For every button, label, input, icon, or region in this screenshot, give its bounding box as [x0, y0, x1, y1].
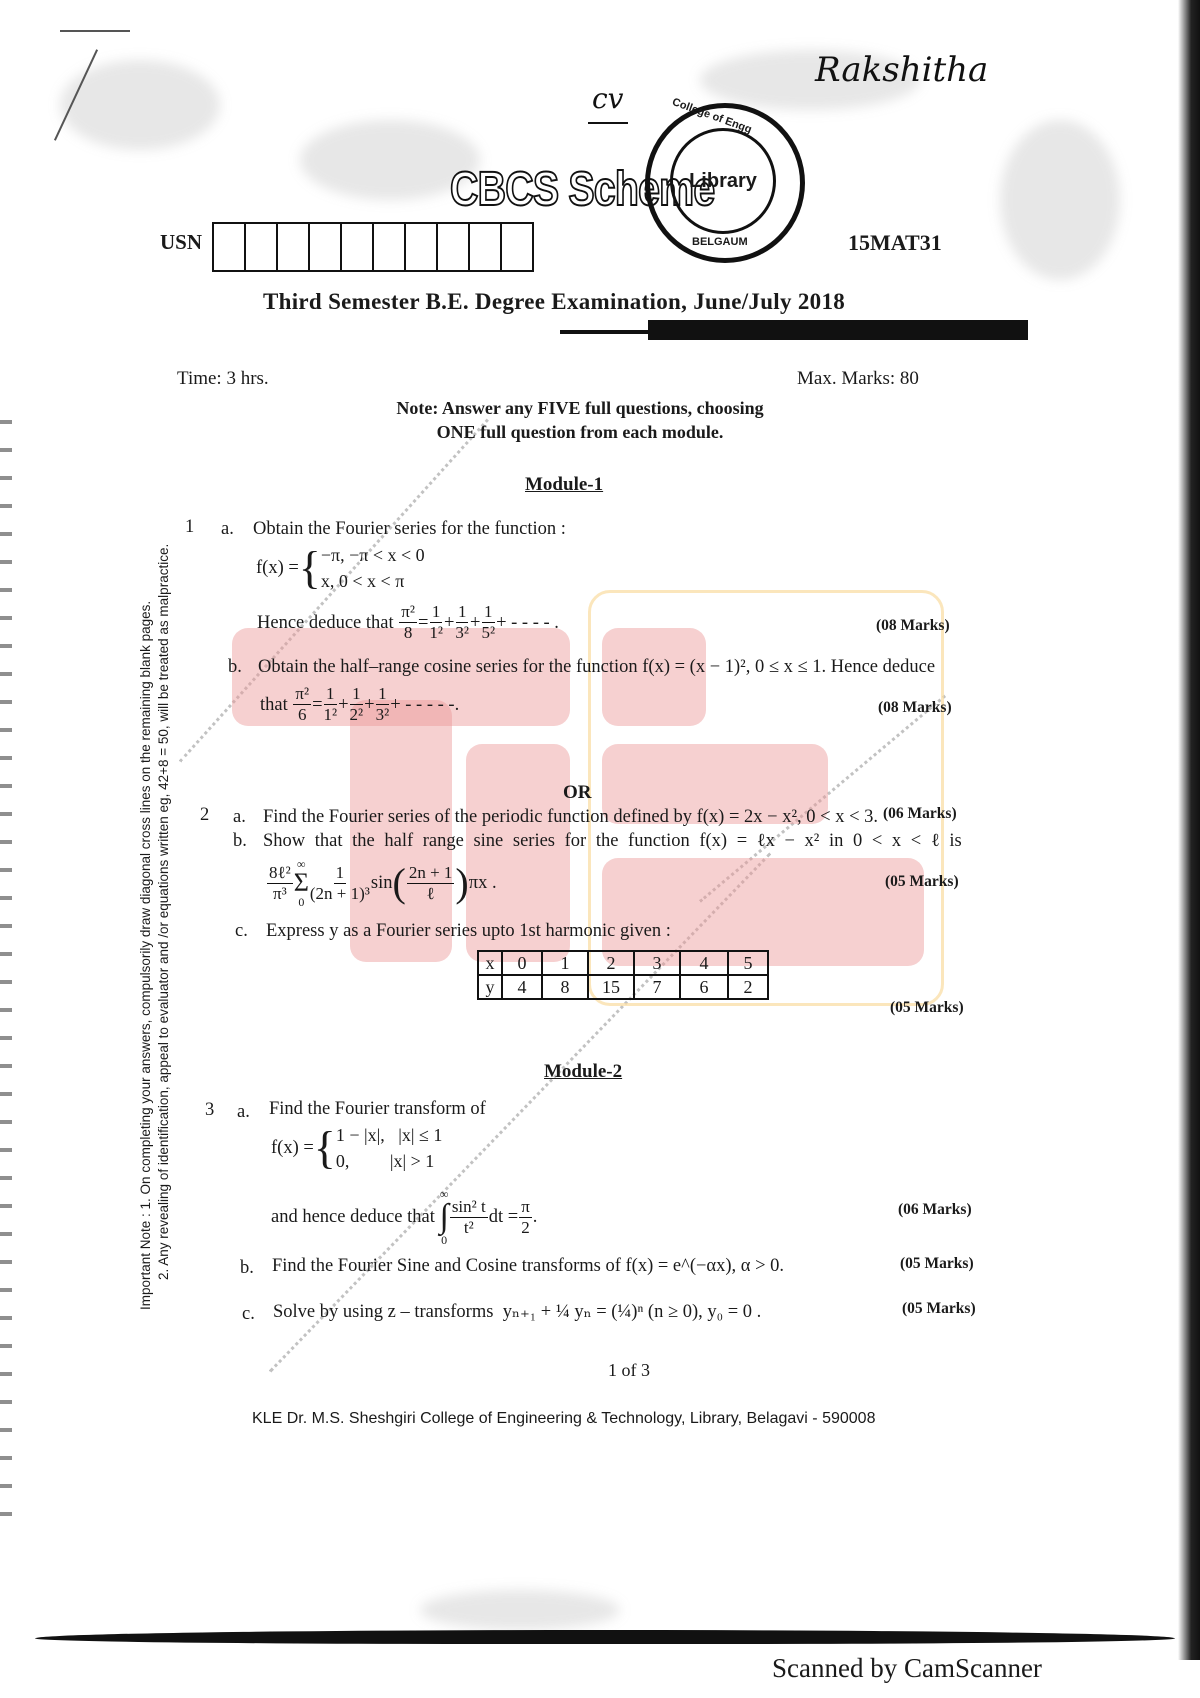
scan-smudge: [420, 1590, 620, 1630]
handwritten-underline: [588, 122, 628, 124]
fraction: 11²: [429, 602, 443, 643]
question-number: 3: [205, 1100, 214, 1121]
header-rule: [648, 320, 1028, 340]
library-stamp: Library College of Engg BELGAUM: [645, 103, 805, 263]
usn-box[interactable]: [502, 224, 532, 270]
part-label: b.: [228, 655, 242, 679]
question-number: 1: [185, 517, 194, 538]
max-marks: Max. Marks: 80: [797, 368, 919, 390]
question-2a-text: Find the Fourier series of the periodic …: [263, 805, 878, 829]
brace-symbol: {: [314, 1125, 336, 1171]
fraction: π2: [519, 1197, 532, 1238]
fraction: 11²: [324, 684, 338, 725]
usn-box[interactable]: [214, 224, 246, 270]
header-rule: [560, 330, 650, 334]
usn-box[interactable]: [310, 224, 342, 270]
exam-time: Time: 3 hrs.: [177, 368, 269, 390]
page-number: 1 of 3: [608, 1360, 650, 1381]
part-label: a.: [221, 517, 234, 541]
fraction: π²6: [293, 684, 311, 725]
side-note-line-2: 2. Any revealing of identification, appe…: [156, 544, 171, 1280]
fraction: 15²: [481, 602, 495, 643]
question-3a-function: f(x) = { 1 − |x|, |x| ≤ 1 0, |x| > 1: [271, 1122, 442, 1174]
deduce-prefix: Hence deduce that: [257, 611, 394, 635]
usn-box[interactable]: [374, 224, 406, 270]
module-2-title: Module-2: [544, 1061, 622, 1083]
fx-label: f(x) =: [256, 556, 299, 580]
exam-instructions: Note: Answer any FIVE full questions, ch…: [380, 396, 780, 444]
module-1-title: Module-1: [525, 474, 603, 496]
integral: ∞ ∫ 0: [439, 1188, 448, 1246]
question-1a-function: f(x) = { −π, −π < x < 0 x, 0 < x < π: [256, 542, 425, 594]
scan-smudge: [1000, 120, 1120, 280]
marks-2c: (05 Marks): [890, 999, 964, 1017]
brace-symbol: {: [299, 545, 321, 591]
table-row-y: y 4 8 15 7 6 2: [478, 975, 768, 999]
part-label: b.: [240, 1256, 254, 1280]
question-2b-text: Show that the half range sine series for…: [263, 829, 963, 853]
series-tail: + - - - - .: [496, 611, 559, 635]
marks-3c: (05 Marks): [902, 1300, 976, 1318]
xy-data-table: x 0 1 2 3 4 5 y 4 8 15 7 6 2: [477, 950, 769, 1000]
scan-crease: [60, 30, 130, 32]
handwritten-name: Rakshitha: [815, 50, 988, 90]
deduce-prefix: and hence deduce that: [271, 1205, 435, 1229]
question-3c-text: Solve by using z – transforms yₙ₊₁ + ¼ y…: [273, 1300, 761, 1324]
marks-2b: (05 Marks): [885, 873, 959, 891]
subject-code: 15MAT31: [848, 230, 942, 256]
usn-box[interactable]: [342, 224, 374, 270]
stamp-center: Library: [670, 128, 776, 234]
question-2c-text: Express y as a Fourier series upto 1st h…: [266, 919, 671, 943]
question-number: 2: [200, 805, 209, 826]
case-1: −π, −π < x < 0: [321, 542, 425, 568]
piecewise-cases: 1 − |x|, |x| ≤ 1 0, |x| > 1: [336, 1122, 442, 1174]
fraction: 12²: [350, 684, 364, 725]
note-line-2: ONE full question from each module.: [380, 420, 780, 444]
institution-footer: KLE Dr. M.S. Sheshgiri College of Engine…: [252, 1410, 875, 1428]
question-1b-deduce: that π²6= 11²+ 12²+ 13² + - - - - -.: [260, 684, 459, 725]
marks-3a: (06 Marks): [898, 1201, 972, 1219]
fraction: 8ℓ²π³: [267, 863, 293, 904]
usn-box[interactable]: [246, 224, 278, 270]
usn-box[interactable]: [438, 224, 470, 270]
question-3a-text: Find the Fourier transform of: [269, 1097, 486, 1121]
handwritten-mark: cv: [592, 82, 624, 115]
recurrence-equation: yₙ₊₁ + ¼ yₙ = (¼)ⁿ (n ≥ 0), y₀ = 0 .: [503, 1302, 762, 1322]
part-label: a.: [237, 1100, 250, 1124]
summation: ∞ Σ 0: [294, 858, 309, 908]
case-2: x, 0 < x < π: [321, 568, 425, 594]
side-note-line-1: Important Note : 1. On completing your a…: [138, 601, 153, 1310]
series-tail: + - - - - -.: [390, 693, 459, 717]
fraction: 1(2n + 1)³: [310, 863, 370, 904]
usn-input-boxes[interactable]: [212, 222, 534, 272]
exam-title: Third Semester B.E. Degree Examination, …: [263, 289, 845, 315]
marks-1a: (08 Marks): [876, 617, 950, 635]
scan-edge-left: [0, 420, 12, 1520]
fx-label: f(x) =: [271, 1136, 314, 1160]
stamp-ring-bottom: BELGAUM: [692, 236, 748, 248]
scan-bottom-edge: [35, 1630, 1175, 1644]
question-2b-formula: 8ℓ²π³ ∞ Σ 0 1(2n + 1)³ sin ( 2n + 1ℓ ) π…: [266, 858, 497, 908]
fraction: sin² tt²: [450, 1197, 488, 1238]
fraction: 13²: [376, 684, 390, 725]
scanner-watermark: Scanned by CamScanner: [772, 1653, 1042, 1684]
usn-box[interactable]: [278, 224, 310, 270]
note-line-1: Note: Answer any FIVE full questions, ch…: [380, 396, 780, 420]
part-label: a.: [233, 805, 246, 829]
scan-edge-right: [1178, 0, 1200, 1660]
case-1: 1 − |x|, |x| ≤ 1: [336, 1122, 442, 1148]
case-2: 0, |x| > 1: [336, 1148, 442, 1174]
question-1b-text: Obtain the half–range cosine series for …: [258, 655, 935, 679]
part-label: c.: [242, 1302, 255, 1326]
fraction: π²8: [399, 602, 417, 643]
usn-box[interactable]: [470, 224, 502, 270]
piecewise-cases: −π, −π < x < 0 x, 0 < x < π: [321, 542, 425, 594]
question-3b-text: Find the Fourier Sine and Cosine transfo…: [272, 1254, 784, 1278]
usn-label: USN: [160, 230, 202, 255]
deduce-prefix: that: [260, 693, 288, 717]
marks-3b: (05 Marks): [900, 1255, 974, 1273]
question-1a-deduce: Hence deduce that π²8= 11²+ 13²+ 15² + -…: [257, 602, 559, 643]
marks-2a: (06 Marks): [883, 805, 957, 823]
fraction: 13²: [455, 602, 469, 643]
table-row-x: x 0 1 2 3 4 5: [478, 951, 768, 975]
or-separator: OR: [563, 782, 592, 804]
part-label: c.: [235, 919, 248, 943]
usn-box[interactable]: [406, 224, 438, 270]
fraction: 2n + 1ℓ: [407, 863, 455, 904]
question-3a-deduce: and hence deduce that ∞ ∫ 0 sin² tt² dt …: [271, 1188, 537, 1246]
part-label: b.: [233, 829, 247, 853]
question-1a-text: Obtain the Fourier series for the functi…: [253, 517, 566, 541]
marks-1b: (08 Marks): [878, 699, 952, 717]
